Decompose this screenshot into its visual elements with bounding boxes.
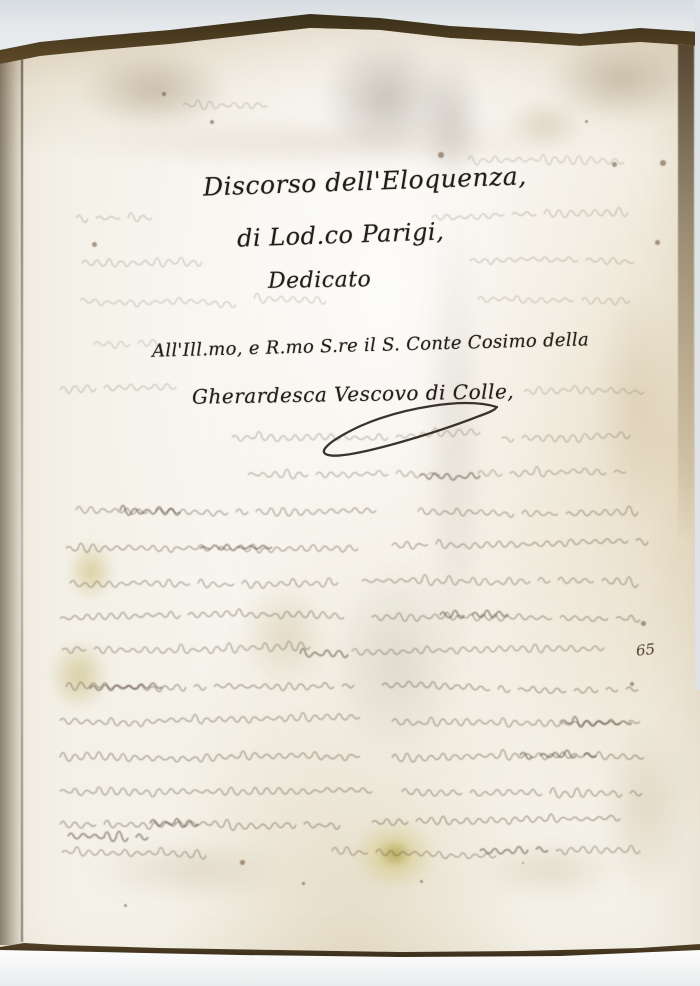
bleedthrough-line: [82, 257, 634, 267]
stain: [48, 638, 110, 713]
paper-speck: [124, 904, 127, 907]
stain: [240, 580, 330, 690]
title-line-3-dedicato: Dedicato: [268, 267, 372, 294]
paper-speck: [655, 240, 660, 245]
paper-speck: [522, 862, 524, 864]
gutter-crease-line: [21, 52, 23, 942]
bleedthrough-line: [300, 649, 356, 658]
paper-speck: [302, 882, 305, 885]
stain: [90, 840, 290, 900]
bleedthrough-line: [183, 100, 267, 109]
bleedthrough-line: [520, 750, 596, 759]
paper-speck: [641, 621, 646, 626]
stain: [595, 280, 675, 520]
folio-number: 65: [635, 640, 656, 660]
bleedthrough-line: [90, 683, 162, 690]
bleedthrough-line: [60, 787, 642, 798]
bleedthrough-line: [420, 473, 488, 480]
paper-speck: [240, 860, 245, 865]
bleedthrough-line: [62, 641, 604, 655]
bleedthrough-line: [60, 814, 620, 830]
title-line-1: Discorso dell'Eloquenza,: [203, 161, 528, 201]
stain: [480, 840, 620, 900]
bleedthrough-line: [150, 819, 198, 827]
scanner-background: Discorso dell'Eloquenza, di Lod.co Parig…: [0, 0, 700, 986]
stain: [80, 50, 230, 130]
paper-speck: [162, 92, 166, 96]
bleedthrough-line: [68, 831, 148, 841]
stain: [320, 38, 450, 158]
bleedthrough-line: [480, 847, 548, 854]
signature-flourish: [297, 395, 510, 464]
paper-speck: [420, 880, 423, 883]
paper-speck: [660, 160, 666, 166]
bleedthrough-line: [200, 545, 280, 551]
title-line-2-author: di Lod.co Parigi,: [237, 217, 445, 252]
paper-speck: [585, 120, 588, 123]
stain: [505, 100, 585, 150]
bleedthrough-line: [60, 713, 640, 727]
bleedthrough-line: [248, 467, 626, 479]
stain: [600, 720, 690, 900]
bleedthrough-line: [60, 750, 644, 762]
bleedthrough-line: [70, 575, 638, 588]
paper-speck: [438, 152, 444, 158]
bleedthrough-line: [440, 610, 508, 618]
bleedthrough-line: [560, 717, 632, 727]
stain: [378, 840, 412, 868]
manuscript-page: Discorso dell'Eloquenza, di Lod.co Parig…: [0, 0, 700, 986]
bleedthrough-line: [66, 539, 648, 553]
dedication-line-1: All'Ill.mo, e R.mo S.re il S. Conte Cosi…: [152, 329, 589, 361]
stain: [330, 560, 460, 760]
bleedthrough-line: [66, 681, 638, 693]
bleedthrough-line: [80, 293, 630, 307]
adjacent-page-edge: [678, 20, 694, 540]
paper-speck: [92, 242, 97, 247]
paper-speck: [612, 162, 617, 167]
bleedthrough-line: [120, 506, 180, 516]
bleedthrough-text: [0, 0, 700, 986]
stain: [545, 38, 695, 123]
bleedthrough-line: [76, 506, 638, 517]
background-right-sliver: [695, 0, 700, 690]
bleedthrough-line: [62, 846, 640, 859]
paper-speck: [210, 120, 214, 124]
bleedthrough-line: [60, 609, 640, 622]
paper-speck: [630, 682, 634, 686]
stain: [352, 818, 437, 890]
stain: [66, 540, 116, 602]
